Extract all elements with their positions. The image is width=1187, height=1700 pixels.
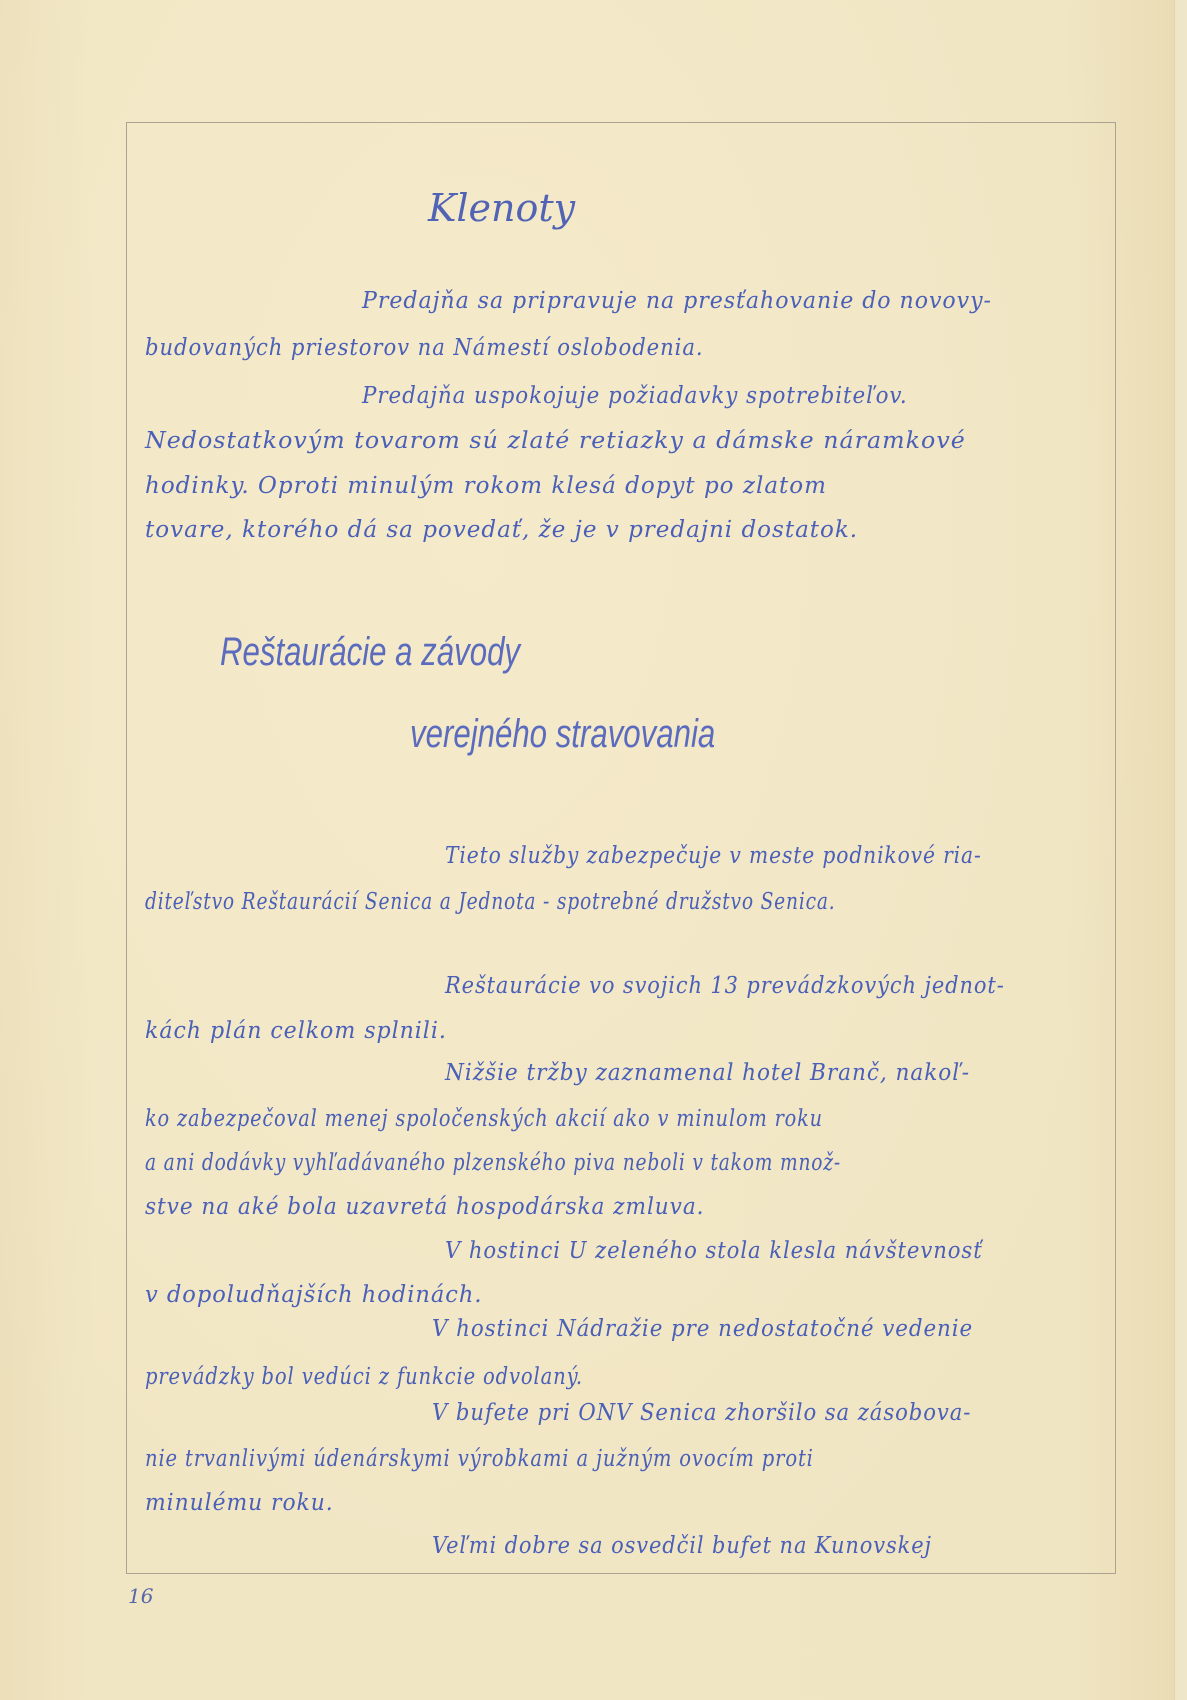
text-line: tovare, ktorého dá sa povedať, že je v p… [145,519,858,542]
text-line: Nedostatkovým tovarom sú zlaté retiazky … [145,430,966,453]
text-line: diteľstvo Reštaurácií Senica a Jednota -… [145,891,835,914]
text-line: Reštaurácie vo svojich 13 prevádzkových … [445,975,1005,998]
text-line: budovaných priestorov na Námestí oslobod… [145,337,704,360]
page-edge [1174,0,1187,1700]
text-line: V hostinci Nádražie pre nedostatočné ved… [432,1318,973,1341]
text-line: stve na aké bola uzavretá hospodárska zm… [145,1196,704,1219]
text-line: V hostinci U zeleného stola klesla návšt… [445,1240,983,1263]
text-line: ko zabezpečoval menej spoločenských akci… [145,1108,823,1131]
text-line: a ani dodávky vyhľadávaného plzenského p… [145,1152,841,1175]
text-line: hodinky. Oproti minulým rokom klesá dopy… [145,475,827,498]
section-title-restauracie-line1: Reštaurácie a závody [220,630,520,675]
text-line: Predajňa uspokojuje požiadavky spotrebit… [362,385,908,408]
section-title-klenoty: Klenoty [428,186,575,230]
section-title-restauracie-line2: verejného stravovania [410,712,715,757]
text-line: prevádzky bol vedúci z funkcie odvolaný. [145,1366,583,1389]
text-line: nie trvanlivými údenárskymi výrobkami a … [145,1448,814,1471]
text-line: V bufete pri ONV Senica zhoršilo sa záso… [432,1402,971,1425]
page-number: 16 [128,1584,153,1608]
text-line: kách plán celkom splnili. [145,1020,447,1043]
text-line: v dopoludňajších hodinách. [145,1284,483,1307]
text-line: Predajňa sa pripravuje na presťahovanie … [362,290,992,313]
text-line: Nižšie tržby zaznamenal hotel Branč, nak… [445,1062,970,1085]
text-line: minulému roku. [145,1492,334,1515]
text-line: Veľmi dobre sa osvedčil bufet na Kunovsk… [432,1535,932,1558]
text-line: Tieto služby zabezpečuje v meste podniko… [445,845,982,868]
